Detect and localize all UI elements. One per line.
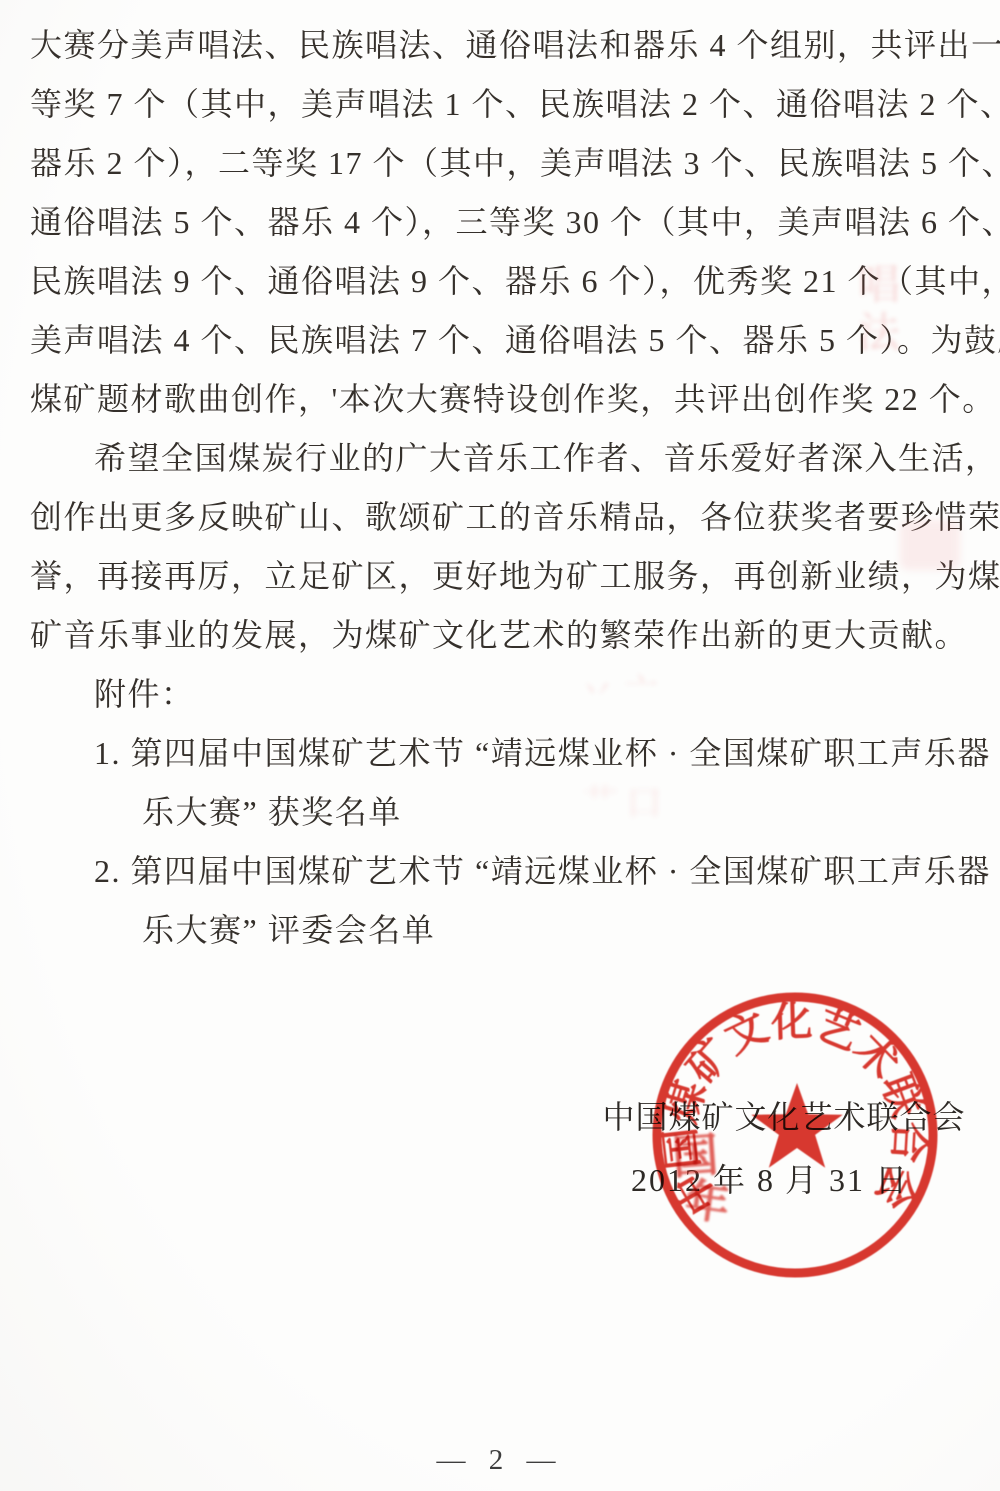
text-line: 器乐 2 个），二等奖 17 个（其中，美声唱法 3 个、民族唱法 5 个、 [30,134,976,193]
page-number: — 2 — [0,1444,1000,1477]
text-line: 大赛分美声唱法、民族唱法、通俗唱法和器乐 4 个组别，共评出一 [30,16,976,75]
text-line: 矿音乐事业的发展，为煤矿文化艺术的繁荣作出新的更大贡献。 [30,606,976,665]
scanned-document-page: 大赛分美声唱法、民族唱法、通俗唱法和器乐 4 个组别，共评出一 等奖 7 个（其… [0,0,1000,1491]
text-line: 誉，再接再厉，立足矿区，更好地为矿工服务，再创新业绩，为煤 [30,547,976,606]
text-line: 通俗唱法 5 个、器乐 4 个），三等奖 30 个（其中，美声唱法 6 个、 [30,193,976,252]
text-line: 美声唱法 4 个、民族唱法 7 个、通俗唱法 5 个、器乐 5 个）。为鼓励 [30,311,976,370]
text-line: 希望全国煤炭行业的广大音乐工作者、音乐爱好者深入生活， [30,429,976,488]
star-icon [751,1083,842,1168]
text-line: 等奖 7 个（其中，美声唱法 1 个、民族唱法 2 个、通俗唱法 2 个、 [30,75,976,134]
body-text: 大赛分美声唱法、民族唱法、通俗唱法和器乐 4 个组别，共评出一 等奖 7 个（其… [30,16,976,960]
attachments-label: 附件： [30,665,976,724]
text-line: 民族唱法 9 个、通俗唱法 9 个、器乐 6 个），优秀奖 21 个（其中， [30,252,976,311]
attachment-item-2: 2. 第四届中国煤矿艺术节 “靖远煤业杯 · 全国煤矿职工声乐器 [30,842,976,901]
attachment-item-1: 1. 第四届中国煤矿艺术节 “靖远煤业杯 · 全国煤矿职工声乐器 [30,724,976,783]
official-seal-stamp: 中国煤矿文化艺术联合会 [645,985,945,1285]
text-line: 煤矿题材歌曲创作，'本次大赛特设创作奖，共评出创作奖 22 个。 [30,370,976,429]
attachment-item-1-continuation: 乐大赛” 获奖名单 [30,783,976,842]
text-line: 创作出更多反映矿山、歌颂矿工的音乐精品，各位获奖者要珍惜荣 [30,488,976,547]
attachment-item-2-continuation: 乐大赛” 评委会名单 [30,901,976,960]
